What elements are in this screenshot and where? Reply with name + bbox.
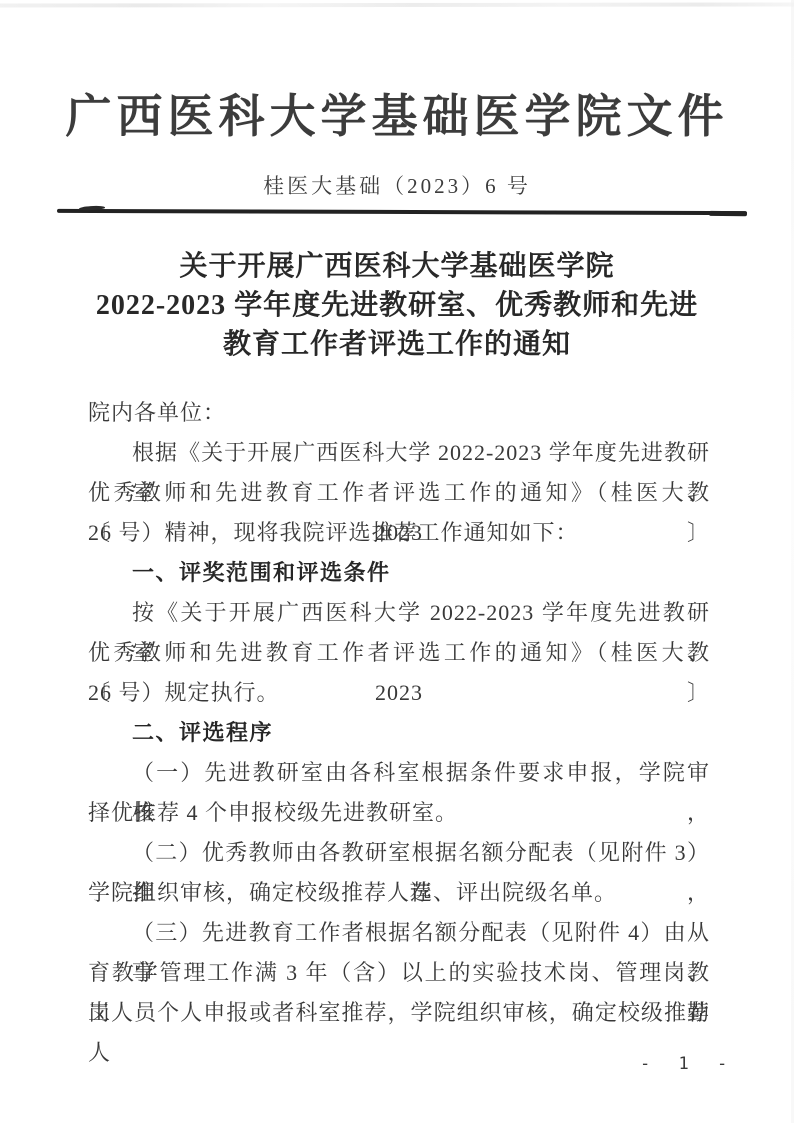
- body-line: （二）优秀教师由各教研室根据名额分配表（见附件 3）推荐，: [88, 833, 710, 873]
- issuing-org-banner: 广西医科大学基础医学院文件: [0, 80, 794, 146]
- notice-title-line-3: 教育工作者评选工作的通知: [40, 325, 754, 364]
- body-line: 根据《关于开展广西医科大学 2022-2023 学年度先进教研室、: [88, 433, 710, 473]
- body-line: 学院组织审核，确定校级推荐人选、评出院级名单。: [88, 873, 710, 913]
- body-line: 按《关于开展广西医科大学 2022-2023 学年度先进教研室、: [88, 593, 710, 633]
- scan-edge-artifact-top: [0, 2, 794, 7]
- notice-title: 关于开展广西医科大学基础医学院 2022-2023 学年度先进教研室、优秀教师和…: [40, 247, 754, 364]
- body-line: 育教学管理工作满 3 年（含）以上的实验技术岗、管理岗、工勤: [88, 953, 710, 993]
- section-heading-2: 二、评选程序: [88, 713, 710, 753]
- body-line: 优秀教师和先进教育工作者评选工作的通知》（桂医大教〔2023〕: [88, 633, 710, 673]
- notice-title-line-2: 2022-2023 学年度先进教研室、优秀教师和先进: [40, 286, 754, 325]
- header-divider-rule: [57, 209, 747, 215]
- page-number: - 1 -: [640, 1054, 736, 1074]
- body-line: （三）先进教育工作者根据名额分配表（见附件 4）由从事教: [88, 913, 710, 953]
- body-line: （一）先进教研室由各科室根据条件要求申报，学院审核，: [88, 753, 710, 793]
- document-page: 广西医科大学基础医学院文件 桂医大基础（2023）6 号 关于开展广西医科大学基…: [0, 0, 794, 1123]
- body-line: 优秀教师和先进教育工作者评选工作的通知》（桂医大教〔2023〕: [88, 473, 710, 513]
- salutation: 院内各单位：: [88, 393, 710, 433]
- section-heading-1: 一、评奖范围和评选条件: [88, 553, 710, 593]
- body-line: 岗人员个人申报或者科室推荐，学院组织审核，确定校级推荐人: [88, 993, 710, 1033]
- document-number: 桂医大基础（2023）6 号: [0, 170, 794, 200]
- notice-title-line-1: 关于开展广西医科大学基础医学院: [40, 247, 754, 286]
- notice-body: 院内各单位： 根据《关于开展广西医科大学 2022-2023 学年度先进教研室、…: [88, 393, 710, 1033]
